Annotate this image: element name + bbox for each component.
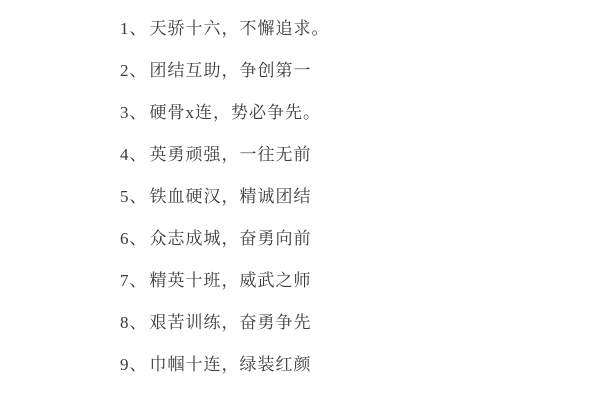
item-text: 精英十班，威武之师 bbox=[150, 266, 312, 291]
item-number: 1、 bbox=[120, 14, 148, 39]
list-item: 3、 硬骨x连，势必争先。 bbox=[120, 89, 330, 131]
item-number: 2、 bbox=[120, 56, 148, 81]
item-text: 天骄十六，不懈追求。 bbox=[150, 14, 330, 39]
item-text: 硬骨x连，势必争先。 bbox=[150, 98, 322, 123]
list-item: 5、 铁血硬汉，精诚团结 bbox=[120, 173, 330, 215]
item-text: 铁血硬汉，精诚团结 bbox=[150, 182, 312, 207]
item-number: 9、 bbox=[120, 350, 148, 375]
document-page: 1、 天骄十六，不懈追求。 2、 团结互助，争创第一 3、 硬骨x连，势必争先。… bbox=[0, 0, 600, 400]
slogan-list: 1、 天骄十六，不懈追求。 2、 团结互助，争创第一 3、 硬骨x连，势必争先。… bbox=[120, 5, 330, 383]
list-item: 7、 精英十班，威武之师 bbox=[120, 257, 330, 299]
list-item: 6、 众志成城，奋勇向前 bbox=[120, 215, 330, 257]
item-number: 5、 bbox=[120, 182, 148, 207]
list-item: 9、 巾帼十连，绿装红颜 bbox=[120, 341, 330, 383]
item-text: 英勇顽强，一往无前 bbox=[150, 140, 312, 165]
item-text: 巾帼十连，绿装红颜 bbox=[150, 350, 312, 375]
item-number: 8、 bbox=[120, 308, 148, 333]
list-item: 1、 天骄十六，不懈追求。 bbox=[120, 5, 330, 47]
item-number: 7、 bbox=[120, 266, 148, 291]
list-item: 4、 英勇顽强，一往无前 bbox=[120, 131, 330, 173]
list-item: 8、 艰苦训练，奋勇争先 bbox=[120, 299, 330, 341]
item-number: 4、 bbox=[120, 140, 148, 165]
item-number: 6、 bbox=[120, 224, 148, 249]
item-text: 艰苦训练，奋勇争先 bbox=[150, 308, 312, 333]
list-item: 2、 团结互助，争创第一 bbox=[120, 47, 330, 89]
item-text: 众志成城，奋勇向前 bbox=[150, 224, 312, 249]
item-number: 3、 bbox=[120, 98, 148, 123]
item-text: 团结互助，争创第一 bbox=[150, 56, 312, 81]
